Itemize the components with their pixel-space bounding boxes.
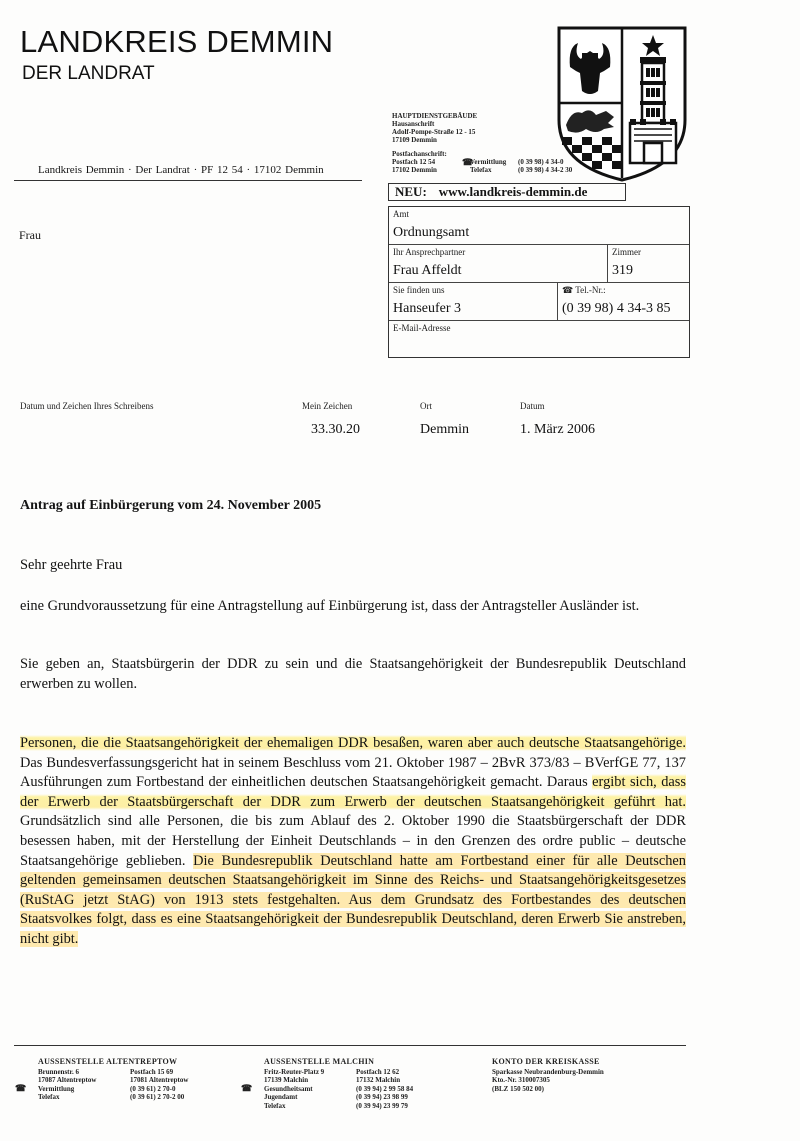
branch-cell: Brunnenstr. 6	[38, 1068, 130, 1077]
location-value: Hanseufer 3	[393, 300, 553, 318]
account-heading: KONTO DER KREISKASSE	[492, 1058, 604, 1067]
website-prefix: NEU:	[395, 184, 427, 199]
place-value: Demmin	[420, 422, 469, 438]
return-address-divider	[14, 180, 362, 181]
branch-cell: (0 39 94) 23 99 79	[356, 1102, 408, 1111]
email-label: E-Mail-Adresse	[393, 323, 685, 338]
branch-heading: AUSSENSTELLE ALTENTREPTOW	[38, 1058, 188, 1067]
office-label: Amt	[393, 209, 685, 224]
footer-branch-altentreptow: AUSSENSTELLE ALTENTREPTOW Brunnenstr. 6P…	[38, 1058, 188, 1102]
branch-cell: 17132 Malchin	[356, 1076, 400, 1085]
paragraph-3: Personen, die die Staatsangehörigkeit de…	[20, 734, 686, 950]
date-value: 1. März 2006	[520, 422, 595, 438]
phone-value: (0 39 98) 4 34-3 85	[562, 300, 685, 318]
bank-name: Sparkasse Neubrandenburg-Demmin	[492, 1068, 604, 1077]
hq-city: 17109 Demmin	[392, 136, 572, 144]
phone-label: ☎ Tel.-Nr.:	[562, 285, 685, 300]
phone-icon: ☎	[241, 1083, 252, 1094]
paragraph-3-text: Das Bundesverfassungsgericht hat in sein…	[20, 755, 686, 791]
place-label: Ort	[420, 401, 432, 411]
branch-cell: (0 39 94) 2 99 58 84	[356, 1085, 413, 1094]
letter-greeting: Sehr geehrte Frau	[20, 556, 686, 576]
website-box: NEU:www.landkreis-demmin.de	[388, 183, 626, 201]
contact-person-label: Ihr Ansprechpartner	[393, 247, 603, 262]
hq-postbox-city: 17102 Demmin	[392, 166, 462, 174]
hq-postal-label: Postfachanschrift:	[392, 150, 572, 158]
phone-icon: ☎	[462, 158, 470, 166]
contact-info-table: Amt Ordnungsamt Ihr Ansprechpartner Frau…	[388, 206, 690, 358]
date-label: Datum	[520, 401, 545, 411]
office-value: Ordnungsamt	[393, 224, 685, 242]
website-link[interactable]: www.landkreis-demmin.de	[439, 184, 588, 199]
hq-address-label: Hausanschrift	[392, 120, 572, 128]
branch-cell: 17087 Altentreptow	[38, 1076, 130, 1085]
your-reference-label: Datum und Zeichen Ihres Schreibens	[20, 401, 153, 411]
location-label: Sie finden uns	[393, 285, 553, 300]
hq-fax-label: Telefax	[470, 166, 518, 174]
branch-cell: (0 39 61) 2 70-0	[130, 1085, 176, 1094]
branch-cell: Postfach 15 69	[130, 1068, 173, 1077]
organization-title: LANDKREIS DEMMIN	[20, 24, 333, 60]
hq-postbox: Postfach 12 54	[392, 158, 462, 166]
footer-divider	[14, 1045, 686, 1046]
branch-cell: Fritz-Reuter-Platz 9	[264, 1068, 356, 1077]
phone-icon: ☎	[15, 1083, 26, 1094]
my-reference-label: Mein Zeichen	[302, 401, 352, 411]
paragraph-2: Sie geben an, Staatsbürgerin der DDR zu …	[20, 655, 686, 694]
footer-branch-malchin: AUSSENSTELLE MALCHIN Fritz-Reuter-Platz …	[264, 1058, 413, 1110]
branch-cell: 17139 Malchin	[264, 1076, 356, 1085]
hq-heading: HAUPTDIENSTGEBÄUDE	[392, 112, 572, 120]
headquarters-info: HAUPTDIENSTGEBÄUDE Hausanschrift Adolf-P…	[392, 112, 572, 174]
hq-street: Adolf-Pompe-Straße 12 - 15	[392, 128, 572, 136]
branch-cell: (0 39 94) 23 98 99	[356, 1093, 408, 1102]
branch-cell: Telefax	[264, 1102, 356, 1111]
recipient-address: Frau	[19, 228, 41, 243]
letter-subject: Antrag auf Einbürgerung vom 24. November…	[20, 498, 321, 514]
organization-subtitle: DER LANDRAT	[22, 63, 155, 85]
branch-cell: (0 39 61) 2 70-2 00	[130, 1093, 184, 1102]
branch-cell: Gesundheitsamt	[264, 1085, 356, 1094]
room-label: Zimmer	[612, 247, 685, 262]
footer-bank-account: KONTO DER KREISKASSE Sparkasse Neubrande…	[492, 1058, 604, 1093]
account-number: Kto.-Nr. 310007305	[492, 1076, 604, 1085]
paragraph-1: eine Grundvoraussetzung für eine Antrags…	[20, 597, 686, 617]
room-value: 319	[612, 262, 685, 280]
return-address: Landkreis Demmin · Der Landrat · PF 12 5…	[38, 164, 324, 176]
hq-switchboard-label: Vermittlung	[470, 158, 518, 166]
contact-person-value: Frau Affeldt	[393, 262, 603, 280]
branch-cell: Jugendamt	[264, 1093, 356, 1102]
branch-cell: 17081 Altentreptow	[130, 1076, 188, 1085]
hq-fax-number: (0 39 98) 4 34-2 30	[518, 166, 572, 174]
branch-cell: Vermittlung	[38, 1085, 130, 1094]
my-reference-value: 33.30.20	[311, 422, 360, 438]
branch-cell: Telefax	[38, 1093, 130, 1102]
branch-heading: AUSSENSTELLE MALCHIN	[264, 1058, 413, 1067]
hq-switchboard-number: (0 39 98) 4 34-0	[518, 158, 564, 166]
branch-cell: Postfach 12 62	[356, 1068, 399, 1077]
highlighted-text: Personen, die die Staatsangehörigkeit de…	[20, 735, 686, 751]
coat-of-arms-icon	[556, 25, 688, 188]
bank-code: (BLZ 150 502 00)	[492, 1085, 604, 1094]
